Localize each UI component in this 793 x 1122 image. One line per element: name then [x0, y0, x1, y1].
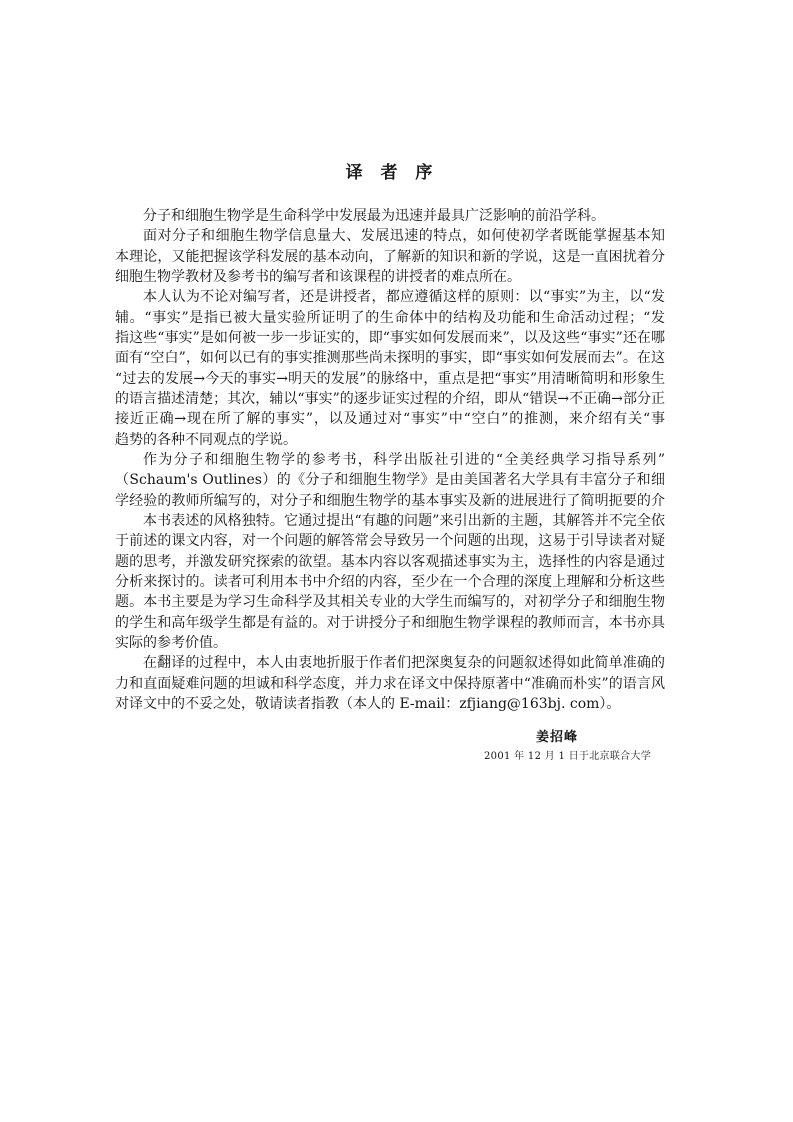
- paragraph-5-line-7: 实际的参考价值。: [115, 633, 665, 653]
- paragraph-2-line-3: 细胞生物学教材及参考书的编写者和该课程的讲授者的难点所在。: [115, 267, 665, 287]
- translator-signature: 姜招峰: [536, 729, 578, 747]
- paragraph-3-line-3: 指这些“事实”是如何被一步一步证实的，即“事实如何发展而来”，以及这些“事实”还…: [115, 328, 665, 348]
- paragraph-4-line-2: （Schaum's Outlines）的《分子和细胞生物学》是由美国著名大学具有…: [115, 470, 665, 490]
- paragraph-3-line-4: 面有“空白”，如何以已有的事实推测那些尚未探明的事实，即“事实如何发展而去”。在…: [115, 348, 665, 368]
- paragraph-1-line-1: 分子和细胞生物学是生命科学中发展最为迅速并最具广泛影响的前沿学科。: [115, 206, 665, 226]
- paragraph-3-line-7: 接近正确→现在所了解的事实”，以及通过对“事实”中“空白”的推测，来介绍有关“事…: [115, 409, 665, 429]
- page-title: 译 者 序: [115, 162, 665, 184]
- paragraph-6-line-3: 对译文中的不妥之处，敬请读者指教（本人的 E-mail：zfjiang@163b…: [115, 694, 665, 714]
- paragraph-2-line-1: 面对分子和细胞生物学信息量大、发展迅速的特点，如何使初学者既能掌握基本知识、基: [115, 226, 665, 246]
- paragraph-5-line-3: 题的思考，并激发研究探索的欲望。基本内容以客观描述事实为主，选择性的内容是通过实…: [115, 552, 665, 572]
- paragraph-5-line-1: 本书表述的风格独特。它通过提出“有趣的问题”来引出新的主题，其解答并不完全依赖: [115, 511, 665, 531]
- paragraph-6-line-1: 在翻译的过程中，本人由衷地折服于作者们把深奥复杂的问题叙述得如此简单准确的能: [115, 653, 665, 673]
- paragraph-4-line-1: 作为分子和细胞生物学的参考书，科学出版社引进的“全美经典学习指导系列”: [115, 450, 665, 470]
- paragraph-3-line-5: “过去的发展→今天的事实→明天的发展”的脉络中，重点是把“事实”用清晰简明和形象…: [115, 369, 665, 389]
- paragraph-3-line-2: 辅。“事实”是指已被大量实验所证明了的生命体中的结构及功能和生命活动过程；“发展…: [115, 308, 665, 328]
- paragraph-3-line-8: 趋势的各种不同观点的学说。: [115, 430, 665, 450]
- paragraph-5-line-4: 分析来探讨的。读者可利用本书中介绍的内容，至少在一个合理的深度上理解和分析这些问: [115, 572, 665, 592]
- paragraph-6-line-2: 力和直面疑难问题的坦诚和科学态度，并力求在译文中保持原著中“准确而朴实”的语言风…: [115, 674, 665, 694]
- paragraph-3-line-6: 的语言描述清楚；其次，辅以“事实”的逐步证实过程的介绍，即从“错误→不正确→部分…: [115, 389, 665, 409]
- preface-body: 分子和细胞生物学是生命科学中发展最为迅速并最具广泛影响的前沿学科。 面对分子和细…: [115, 206, 665, 714]
- paragraph-5-line-5: 题。本书主要是为学习生命科学及其相关专业的大学生而编写的，对初学分子和细胞生物学: [115, 592, 665, 612]
- paragraph-4-line-3: 学经验的教师所编写的，对分子和细胞生物学的基本事实及新的进展进行了简明扼要的介绍…: [115, 491, 665, 511]
- paragraph-5-line-2: 于前述的课文内容，对一个问题的解答常会导致另一个问题的出现，这易于引导读者对疑难…: [115, 531, 665, 551]
- paragraph-3-line-1: 本人认为不论对编写者，还是讲授者，都应遵循这样的原则：以“事实”为主，以“发展”…: [115, 287, 665, 307]
- paragraph-5-line-6: 的学生和高年级学生都是有益的。对于讲授分子和细胞生物学课程的教师而言，本书亦具有: [115, 613, 665, 633]
- paragraph-2-line-2: 本理论，又能把握该学科发展的基本动向，了解新的知识和新的学说，这是一直困扰着分子…: [115, 247, 665, 267]
- signature-date-place: 2001 年 12 月 1 日于北京联合大学: [484, 750, 651, 764]
